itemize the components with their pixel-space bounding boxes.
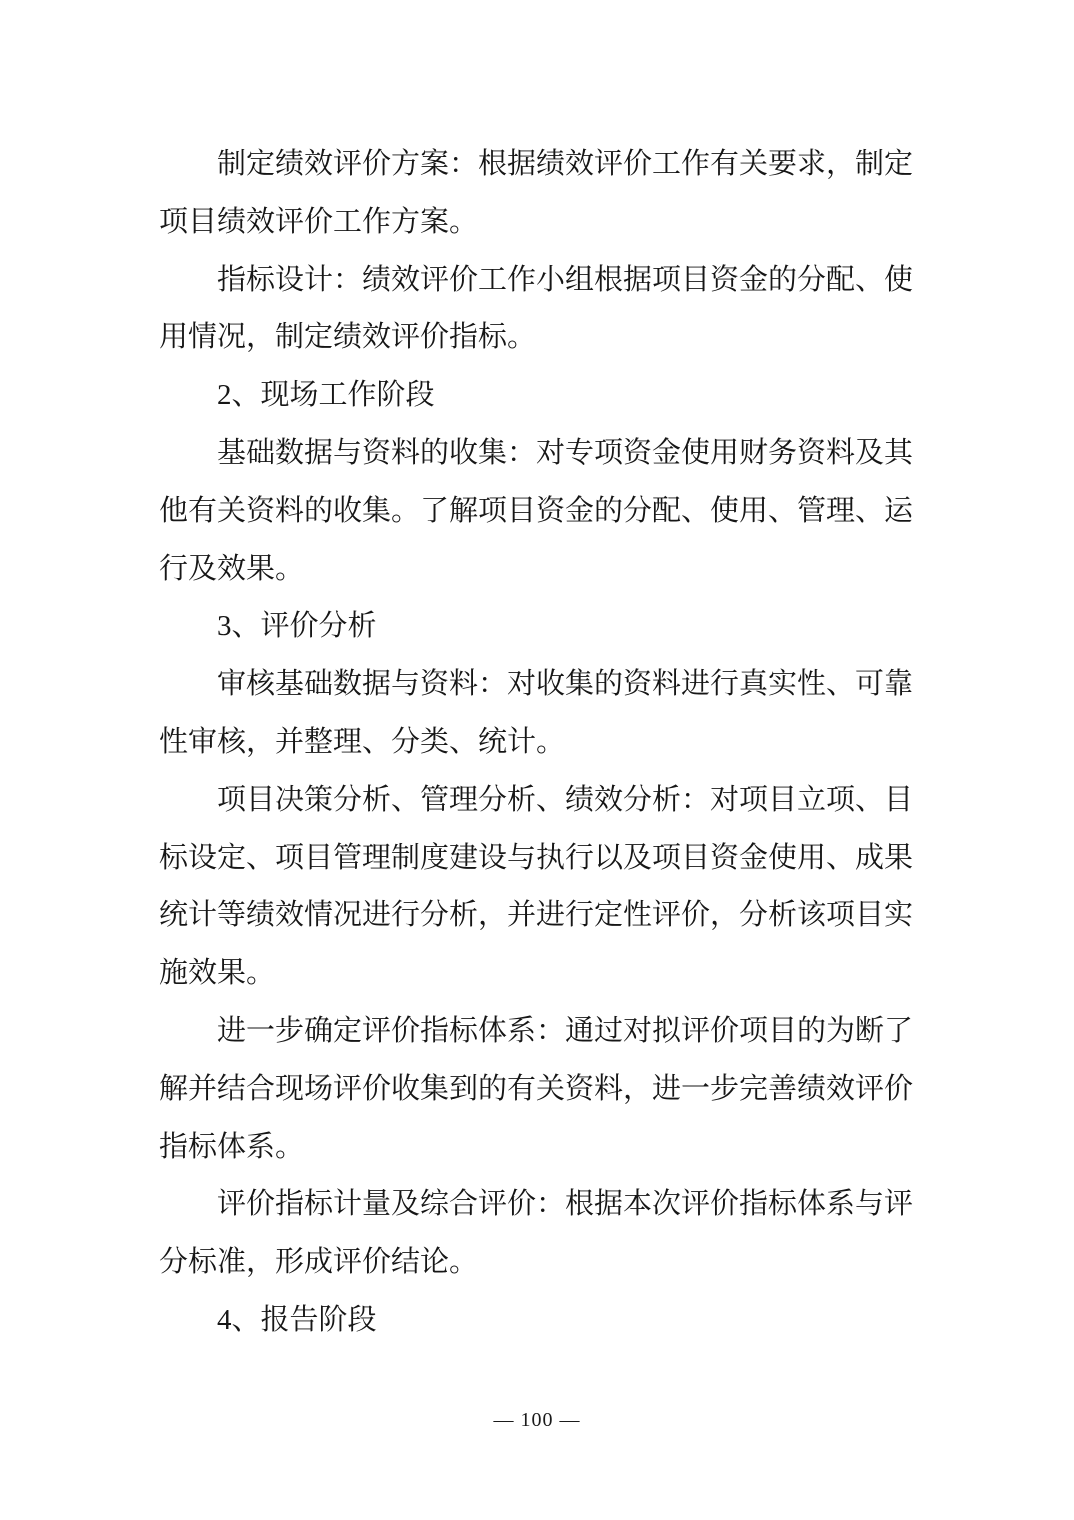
paragraph: 4、报告阶段	[159, 1292, 913, 1350]
text-line: 指标体系。	[159, 1119, 913, 1177]
paragraph: 指标设计：绩效评价工作小组根据项目资金的分配、使用情况，制定绩效评价指标。	[159, 252, 913, 368]
text-line: 基础数据与资料的收集：对专项资金使用财务资料及其	[159, 425, 913, 483]
paragraph: 制定绩效评价方案：根据绩效评价工作有关要求，制定项目绩效评价工作方案。	[159, 136, 913, 252]
text-line: 项目绩效评价工作方案。	[159, 194, 913, 252]
text-line: 项目决策分析、管理分析、绩效分析：对项目立项、目	[159, 772, 913, 830]
page-number: — 100 —	[0, 1405, 1074, 1435]
text-line: 行及效果。	[159, 541, 913, 599]
text-line: 审核基础数据与资料：对收集的资料进行真实性、可靠	[159, 656, 913, 714]
text-line: 解并结合现场评价收集到的有关资料，进一步完善绩效评价	[159, 1061, 913, 1119]
text-line: 统计等绩效情况进行分析，并进行定性评价，分析该项目实	[159, 887, 913, 945]
paragraph: 评价指标计量及综合评价：根据本次评价指标体系与评分标准，形成评价结论。	[159, 1176, 913, 1292]
document-body: 制定绩效评价方案：根据绩效评价工作有关要求，制定项目绩效评价工作方案。指标设计：…	[159, 136, 913, 1350]
paragraph: 项目决策分析、管理分析、绩效分析：对项目立项、目标设定、项目管理制度建设与执行以…	[159, 772, 913, 1003]
document-page: 制定绩效评价方案：根据绩效评价工作有关要求，制定项目绩效评价工作方案。指标设计：…	[0, 0, 1074, 1520]
text-line: 进一步确定评价指标体系：通过对拟评价项目的为断了	[159, 1003, 913, 1061]
paragraph: 审核基础数据与资料：对收集的资料进行真实性、可靠性审核，并整理、分类、统计。	[159, 656, 913, 772]
text-line: 评价指标计量及综合评价：根据本次评价指标体系与评	[159, 1176, 913, 1234]
paragraph: 3、评价分析	[159, 598, 913, 656]
text-line: 标设定、项目管理制度建设与执行以及项目资金使用、成果	[159, 830, 913, 888]
paragraph: 2、现场工作阶段	[159, 367, 913, 425]
text-line: 3、评价分析	[159, 598, 913, 656]
text-line: 4、报告阶段	[159, 1292, 913, 1350]
paragraph: 进一步确定评价指标体系：通过对拟评价项目的为断了解并结合现场评价收集到的有关资料…	[159, 1003, 913, 1176]
paragraph: 基础数据与资料的收集：对专项资金使用财务资料及其他有关资料的收集。了解项目资金的…	[159, 425, 913, 598]
text-line: 用情况，制定绩效评价指标。	[159, 309, 913, 367]
text-line: 指标设计：绩效评价工作小组根据项目资金的分配、使	[159, 252, 913, 310]
text-line: 2、现场工作阶段	[159, 367, 913, 425]
text-line: 施效果。	[159, 945, 913, 1003]
text-line: 他有关资料的收集。了解项目资金的分配、使用、管理、运	[159, 483, 913, 541]
text-line: 性审核，并整理、分类、统计。	[159, 714, 913, 772]
text-line: 分标准，形成评价结论。	[159, 1234, 913, 1292]
text-line: 制定绩效评价方案：根据绩效评价工作有关要求，制定	[159, 136, 913, 194]
